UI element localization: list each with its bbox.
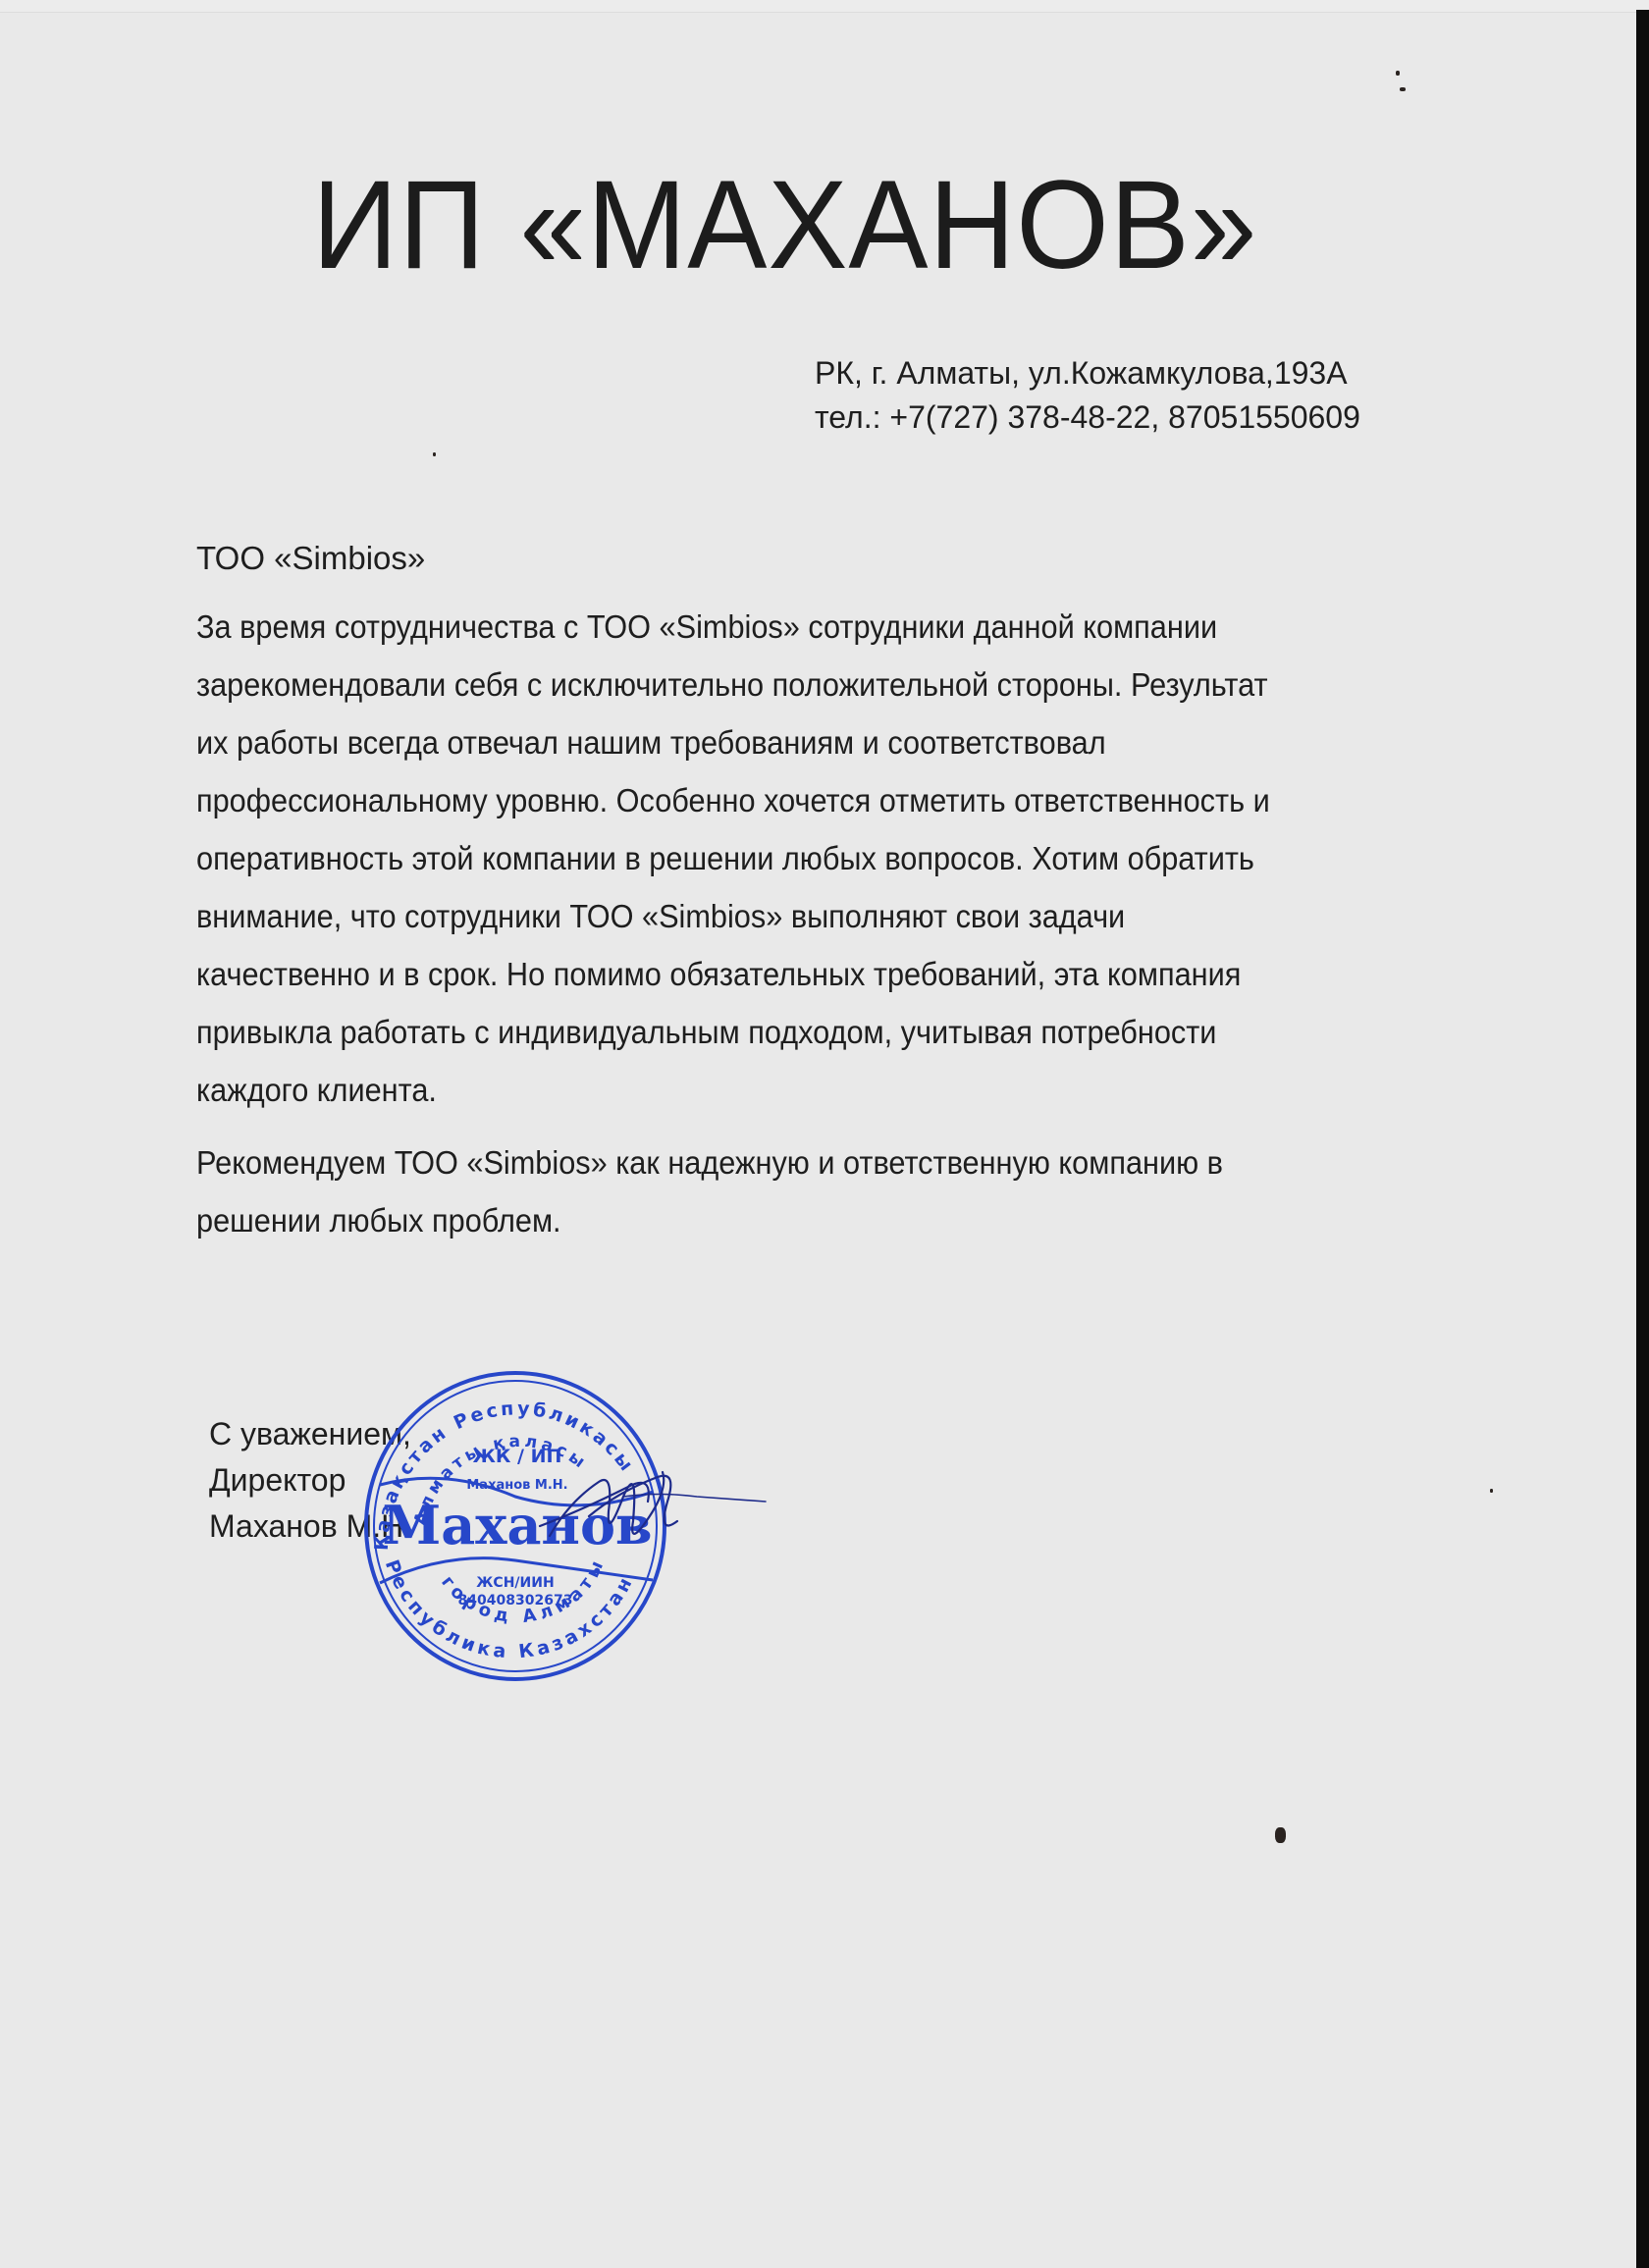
stamp-id-label: ЖСН/ИИН — [476, 1575, 554, 1591]
company-address: РК, г. Алматы, ул.Кожамкулова,193А — [815, 355, 1348, 392]
company-phone: тел.: +7(727) 378-48-22, 87051550609 — [815, 399, 1360, 436]
body-line: каждого клиента. — [196, 1072, 437, 1109]
company-title: ИП «МАХАНОВ» — [312, 157, 1257, 295]
body-line: оперативность этой компании в решении лю… — [196, 840, 1254, 877]
scan-speck — [1275, 1827, 1286, 1843]
scan-top-margin — [0, 0, 1649, 12]
body-line: привыкла работать с индивидуальным подхо… — [196, 1014, 1216, 1051]
body-line: Рекомендуем ТОО «Simbios» как надежную и… — [196, 1144, 1223, 1182]
body-line: зарекомендовали себя с исключительно пол… — [196, 666, 1268, 704]
body-line: качественно и в срок. Но помимо обязател… — [196, 956, 1241, 993]
closing-position: Директор — [209, 1462, 346, 1499]
letter-page — [0, 12, 1636, 2268]
body-line: их работы всегда отвечал нашим требовани… — [196, 724, 1106, 762]
scan-edge-shadow — [1636, 10, 1649, 2268]
scan-speck — [1490, 1489, 1493, 1493]
body-line: За время сотрудничества с ТОО «Simbios» … — [196, 608, 1217, 646]
scan-speck — [1400, 87, 1406, 91]
body-line: решении любых проблем. — [196, 1202, 561, 1239]
body-line: профессиональному уровню. Особенно хочет… — [196, 782, 1270, 819]
scan-speck — [1396, 71, 1400, 76]
body-line: внимание, что сотрудники ТОО «Simbios» в… — [196, 898, 1125, 935]
recipient: ТОО «Simbios» — [196, 540, 425, 577]
scan-speck — [433, 452, 436, 456]
signature — [530, 1443, 785, 1560]
